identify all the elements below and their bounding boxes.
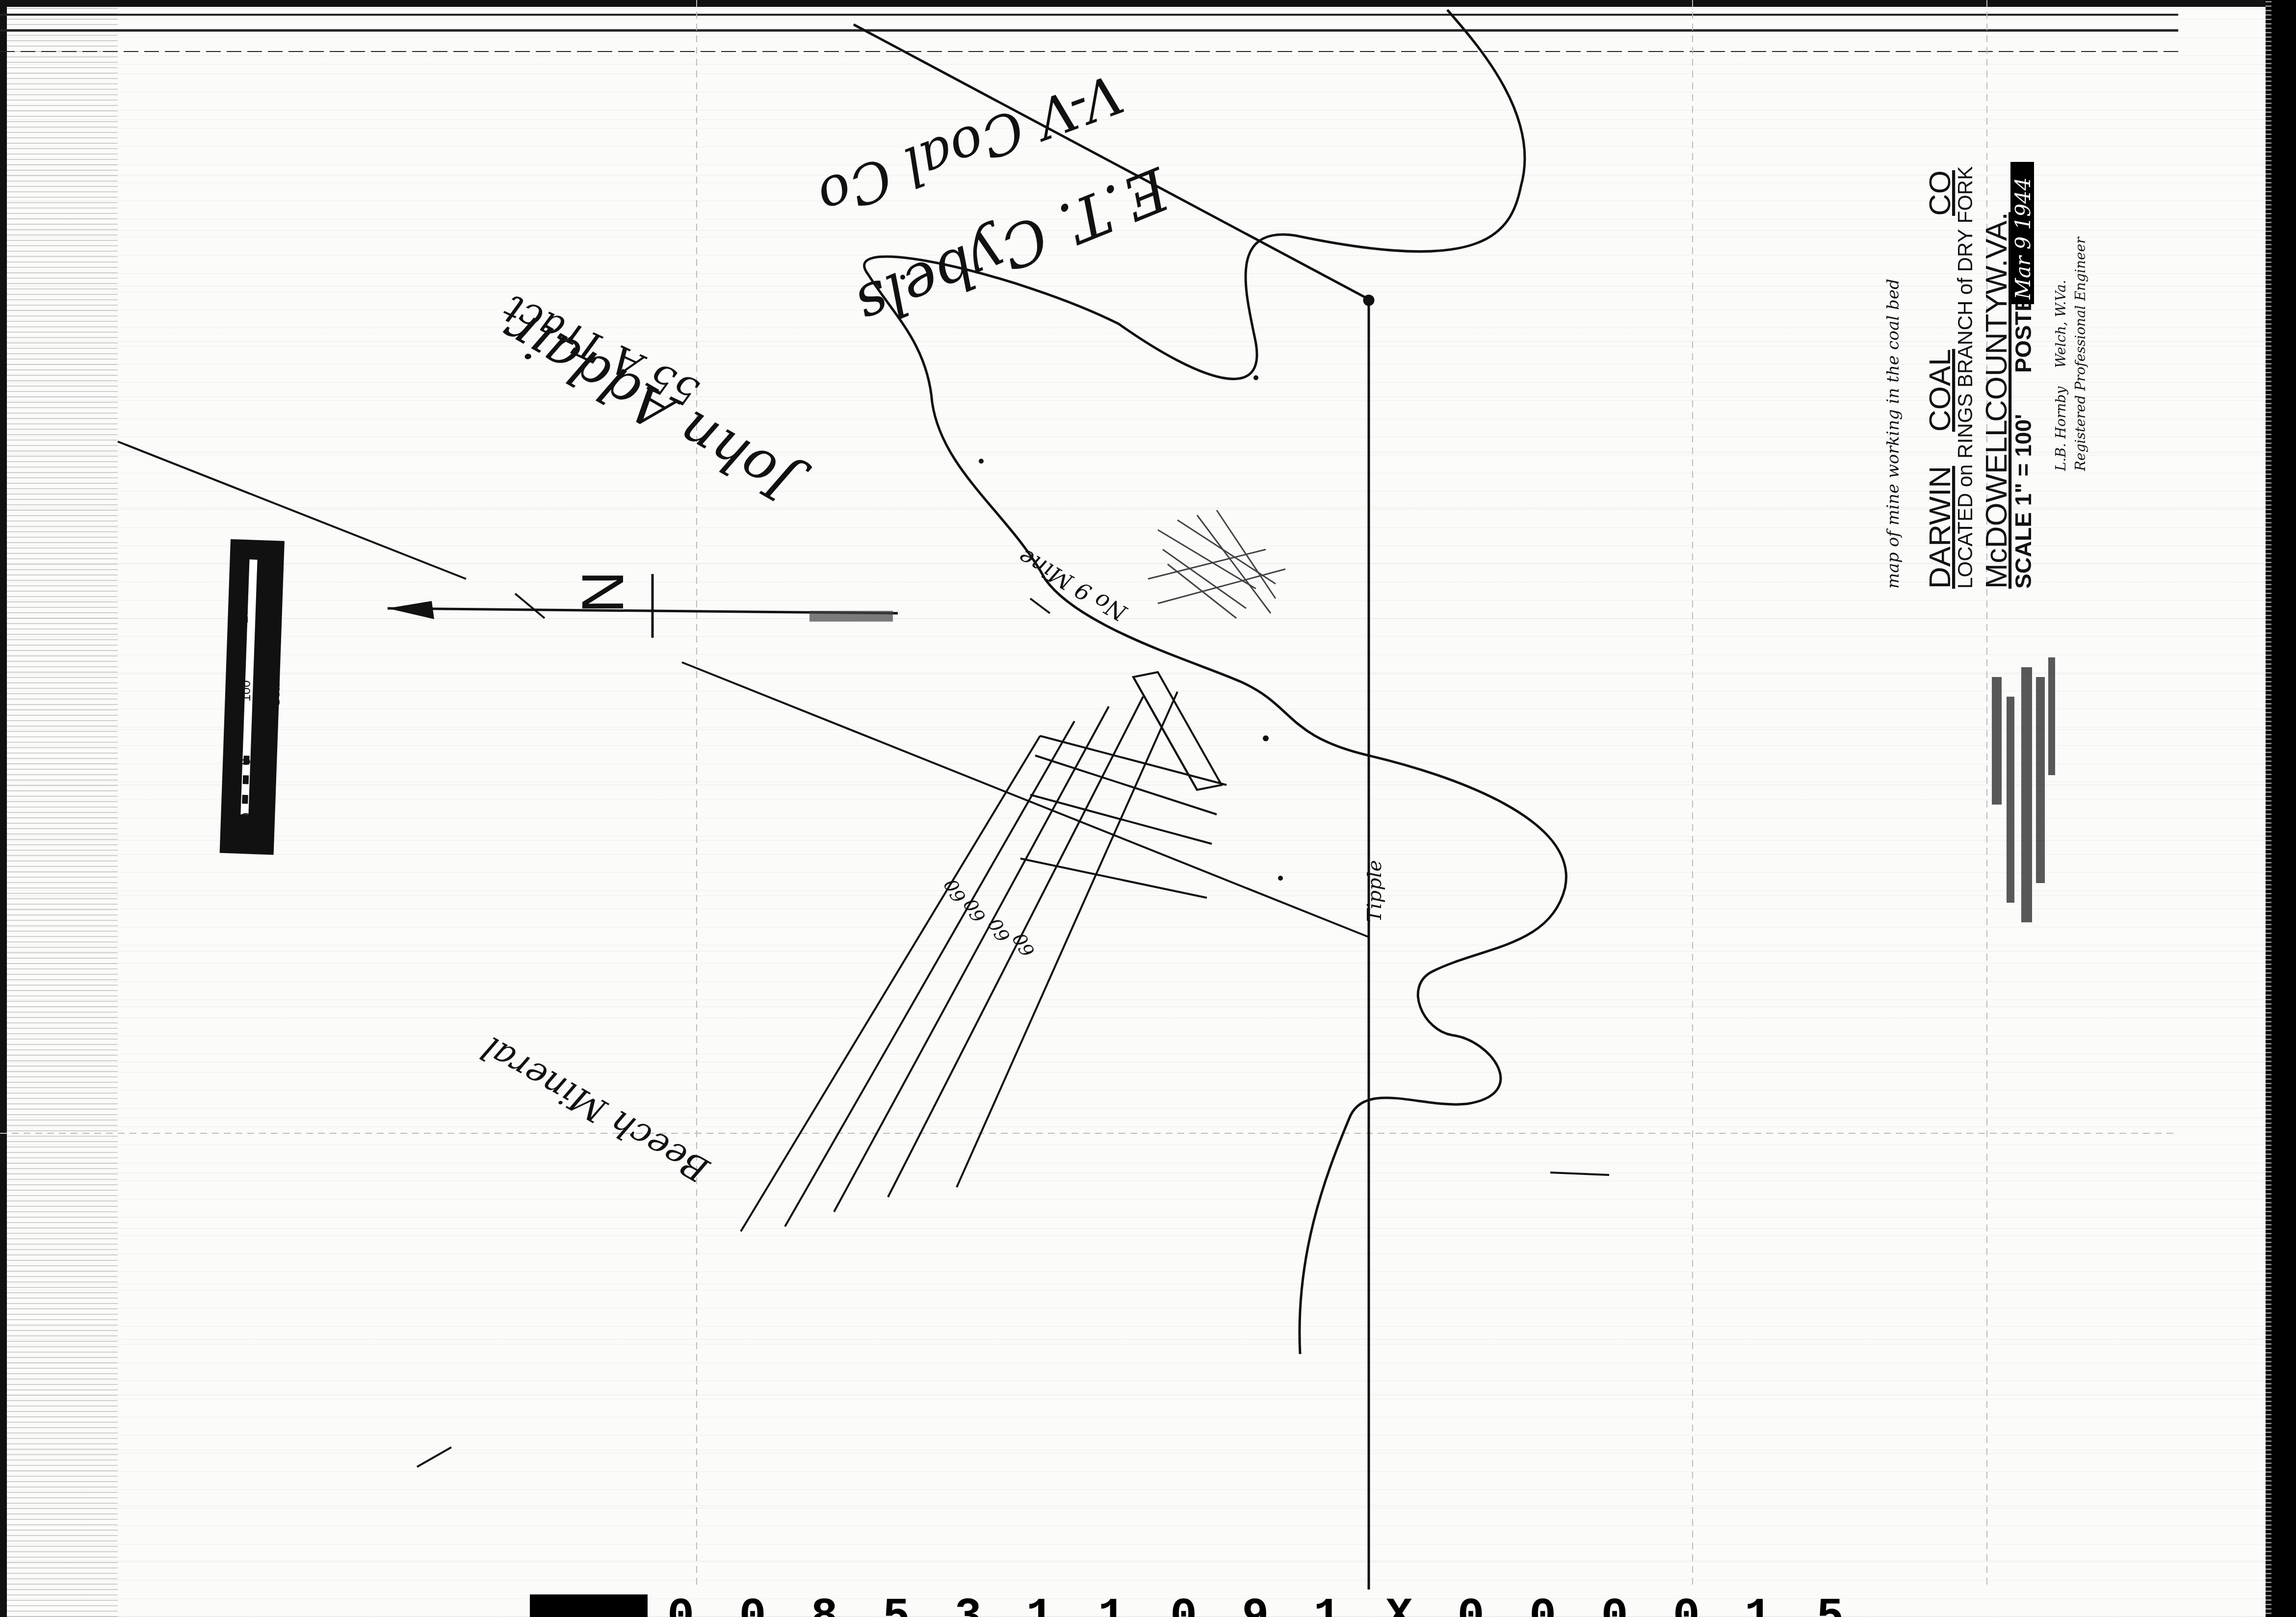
mine-map: N 100 0 100 200 300 Scale E.T. Cybels V-… [0, 0, 2296, 1617]
scanned-map-sheet: N 100 0 100 200 300 Scale E.T. Cybels V-… [0, 0, 2296, 1617]
title-county-name: McDOWELL [1980, 420, 2013, 589]
svg-text:Scale: Scale [268, 675, 283, 706]
title-county-label: COUNTY [1980, 293, 2013, 422]
illegible-stamp [1992, 657, 2055, 922]
engineer-title: Registered Professional Engineer [2072, 236, 2088, 471]
svg-text:0: 0 [238, 758, 253, 765]
tipple-label: Tipple [1363, 860, 1386, 922]
misc-strokes [417, 599, 1609, 1467]
title-scale: SCALE 1" = 100' [2010, 414, 2036, 589]
microfilm-stamp: 0 0 8 5 3 1 1 0 9 1 X 0 0 0 0 1 5 [530, 1594, 1852, 1617]
mine-label: No 9 Mine [1014, 544, 1131, 627]
svg-text:300: 300 [236, 543, 251, 564]
stamp-black-block [530, 1594, 648, 1617]
survey-baseline [118, 442, 1369, 937]
svg-text:100: 100 [238, 813, 253, 834]
title-company: DARWIN [1923, 466, 1957, 589]
stamp-number: 0 0 8 5 3 1 1 0 9 1 X 0 0 0 0 1 5 [667, 1594, 1852, 1617]
survey-points [900, 275, 1283, 881]
engineer-location: Welch, W.Va. [2053, 280, 2069, 368]
title-state: W.VA. [1980, 212, 2013, 294]
north-arrow-label: N [570, 571, 636, 613]
mine-workings-hatch [1148, 510, 1285, 618]
title-located: LOCATED on RINGS BRANCH of DRY FORK [1954, 166, 1977, 589]
title-company-coal: COAL [1923, 349, 1957, 432]
lower-tract-annotation: Beech Mineral [475, 1028, 716, 1191]
svg-text:100: 100 [238, 680, 253, 702]
top-border-lines [0, 15, 2178, 52]
svg-text:200: 200 [236, 602, 251, 623]
title-posted-date: Mar 9 1944 [2011, 178, 2035, 300]
title-handwritten-note: map of mine working in the coal bed [1883, 279, 1903, 589]
entry-labels: 60 60 60 60 [940, 875, 1039, 961]
mine-entries [741, 672, 1226, 1231]
coal-outcrop-line [864, 10, 1566, 1354]
north-arrow [388, 574, 898, 638]
title-block: map of mine working in the coal bed DARW… [1883, 162, 2088, 589]
title-company-co: CO [1923, 170, 1957, 216]
engineer-name: L.B. Hornby [2053, 386, 2069, 471]
svg-text:60: 60 [940, 875, 970, 907]
